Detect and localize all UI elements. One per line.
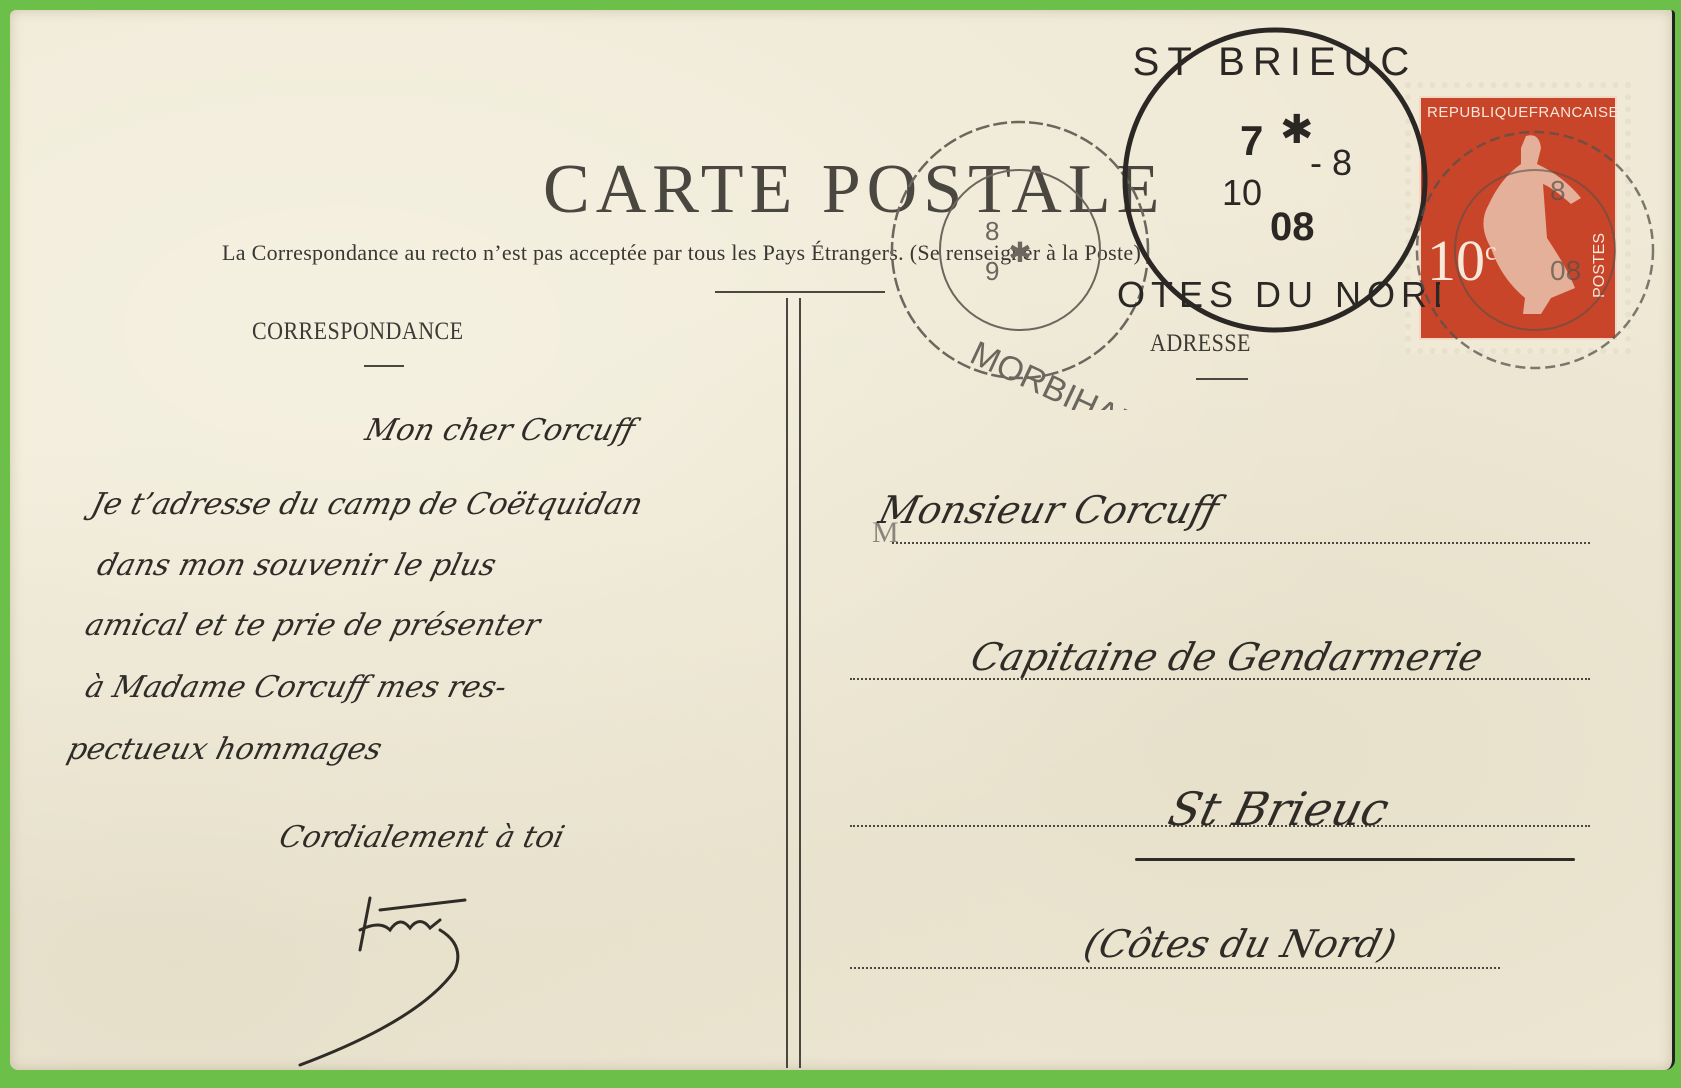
correspondance-rule — [364, 365, 404, 367]
address-city: St Brieuc — [1163, 782, 1394, 836]
address-line-4-rule — [850, 967, 1500, 969]
postcard: CARTE POSTALE La Correspondance au recto… — [10, 10, 1675, 1070]
svg-text:7: 7 — [1240, 117, 1263, 164]
address-region: (Côtes du Nord) — [1080, 922, 1401, 966]
svg-text:✱: ✱ — [1280, 108, 1314, 152]
divider-line-right — [799, 298, 801, 1068]
card-notice: La Correspondance au recto n’est pas acc… — [222, 240, 1141, 266]
message-line: amical et te prie de présenter — [82, 608, 544, 643]
svg-text:-: - — [1310, 142, 1322, 183]
address-name: Monsieur Corcuff — [875, 488, 1224, 532]
message-line: dans mon souvenir le plus — [94, 548, 500, 583]
svg-text:08: 08 — [1270, 205, 1315, 249]
stamp-face: REPUBLIQUE FRANCAISE 10c POSTES — [1419, 96, 1617, 340]
svg-text:COTES DU NORD: COTES DU NORD — [1110, 274, 1440, 315]
message-line: Cordialement à toi — [276, 820, 568, 855]
address-city-underline — [1135, 858, 1575, 861]
svg-text:10: 10 — [1222, 172, 1262, 213]
address-line-1-rule — [892, 542, 1590, 544]
card-title: CARTE POSTALE — [543, 150, 1165, 230]
message-line: Mon cher Corcuff — [362, 413, 639, 448]
stamp-value: 10c — [1427, 227, 1497, 294]
correspondance-label: CORRESPONDANCE — [252, 318, 464, 346]
adresse-label: ADRESSE — [1150, 330, 1251, 358]
stamp-country-left: REPUBLIQUE — [1427, 104, 1529, 121]
divider-line-left — [786, 298, 788, 1068]
stamp-country-right: FRANCAISE — [1529, 104, 1619, 121]
address-title: Capitaine de Gendarmerie — [967, 635, 1488, 679]
divider-top-rule — [715, 291, 885, 293]
svg-text:MORBIHAN: MORBIHAN — [965, 334, 1147, 410]
stamp-side-text: POSTES — [1591, 233, 1609, 298]
message-line: pectueux hommages — [64, 732, 386, 767]
adresse-rule — [1196, 378, 1248, 380]
svg-text:ST BRIEUC: ST BRIEUC — [1133, 40, 1418, 84]
message-line: Je t’adresse du camp de Coëtquidan — [88, 487, 647, 522]
postage-stamp: REPUBLIQUE FRANCAISE 10c POSTES — [1405, 82, 1631, 354]
message-line: à Madame Corcuff mes res- — [82, 670, 511, 705]
signature-icon — [290, 890, 580, 1088]
svg-text:8: 8 — [1332, 142, 1352, 183]
